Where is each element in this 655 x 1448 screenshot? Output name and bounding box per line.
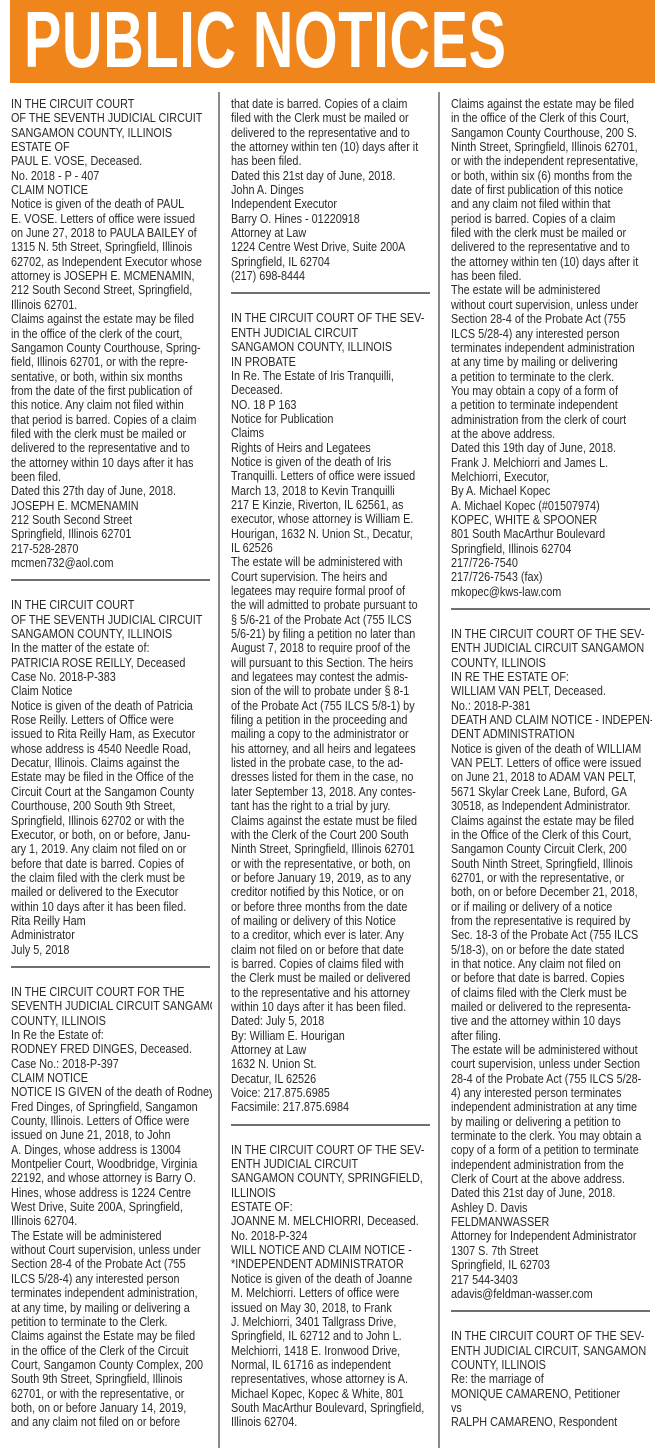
notice-text-line: Notice is given of the death of PAUL	[11, 197, 212, 211]
notice-text-line: the will admitted to probate pursuant to	[231, 598, 431, 612]
notice-text-line: this notice. Any claim not filed within	[11, 398, 212, 412]
notice-text-line: Dated this 19th day of June, 2018.	[451, 441, 652, 455]
notice-text-line: Rose Reilly. Letters of Office were	[11, 713, 212, 727]
notice-text-line: filed with the Clerk must be mailed or	[231, 111, 431, 125]
notice-text-line: M. Melchiorri. Letters of office were	[231, 1286, 431, 1300]
notice-text-line: 801 South MacArthur Boulevard	[451, 527, 652, 541]
notice-text-line: from the representative is required by	[451, 914, 652, 928]
notice-text-line: issued to Rita Reilly Ham, as Executor	[11, 727, 212, 741]
notice-text-line: the attorney within ten (10) days after …	[451, 255, 652, 269]
notice-separator	[231, 1124, 430, 1126]
notice-heading-line: IN THE CIRCUIT COURT FOR THE	[11, 985, 212, 999]
notice-text-line: been filed.	[11, 470, 212, 484]
notice-text-line: Hines, whose address is 1224 Centre	[11, 1186, 212, 1200]
notice-text-line: creditor notified by this Notice, or on	[231, 885, 431, 899]
legal-notice: IN THE CIRCUIT COURTOF THE SEVENTH JUDIC…	[11, 97, 212, 570]
notice-text-line: Springfield, Illinois 62701	[11, 527, 212, 541]
notice-text-line: ENTH JUDICIAL CIRCUIT, SANGAMON	[451, 1344, 652, 1358]
notice-text-line: tive and the attorney within 10 days	[451, 1014, 652, 1028]
notice-text-line: Normal, IL 61716 as independent	[231, 1358, 431, 1372]
notice-text-line: 5/6-21) by filing a petition no later th…	[231, 627, 431, 641]
notice-text-line: the attorney within ten (10) days after …	[231, 140, 431, 154]
notice-text-line: Notice is given of the death of Patricia	[11, 699, 212, 713]
notice-text-line: Barry O. Hines - 01220918	[231, 212, 431, 226]
notice-text-line: 217/726-7540	[451, 556, 652, 570]
notice-text-line: A. Michael Kopec (#01507974)	[451, 499, 652, 513]
notice-text-line: 4) any interested person terminates	[451, 1086, 652, 1100]
notice-text-line: has been filed.	[231, 154, 431, 168]
notice-text-line: sion of the will to probate under § 8-1	[231, 684, 431, 698]
notice-text-line: delivered to the representative and to	[11, 441, 212, 455]
legal-notice: IN THE CIRCUIT COURTOF THE SEVENTH JUDIC…	[11, 598, 212, 957]
notice-text-line: MONIQUE CAMARENO, Petitioner	[451, 1387, 652, 1401]
notice-text-line: DENT ADMINISTRATION	[451, 727, 652, 741]
notice-text-line: In Re the Estate of:	[11, 1028, 212, 1042]
notice-text-line: tant has the right to a trial by jury.	[231, 799, 431, 813]
notice-text-line: independent administration at any time	[451, 1100, 652, 1114]
notice-text-line: In Re. The Estate of Iris Tranquilli,	[231, 369, 431, 383]
legal-notice: that date is barred. Copies of a claimfi…	[231, 97, 431, 283]
notice-text-line: March 13, 2018 to Kevin Tranquilli	[231, 484, 431, 498]
notice-text-line: SANGAMON COUNTY, SPRINGFIELD,	[231, 1171, 431, 1185]
notice-text-line: Dated this 27th day of June, 2018.	[11, 484, 212, 498]
notice-text-line: 62702, as Independent Executor whose	[11, 255, 212, 269]
notice-text-line: SANGAMON COUNTY, ILLINOIS	[11, 627, 212, 641]
notice-text-line: The estate will be administered	[451, 283, 652, 297]
legal-notice: IN THE CIRCUIT COURT OF THE SEV-ENTH JUD…	[231, 311, 431, 1114]
notice-heading-line: IN THE CIRCUIT COURT	[11, 598, 212, 612]
notice-text-line: with the Clerk of the Court 200 South	[231, 828, 431, 842]
notices-column-2: that date is barred. Copies of a claimfi…	[231, 97, 431, 1448]
notice-text-line: KOPEC, WHITE & SPOONER	[451, 513, 652, 527]
notice-text-line: COUNTY, ILLINOIS	[11, 1014, 212, 1028]
notice-text-line: Springfield, IL 62703	[451, 1258, 652, 1272]
notice-text-line: Claims	[231, 426, 431, 440]
notice-text-line: filed with the clerk must be mailed or	[11, 427, 212, 441]
notice-text-line: Springfield, Illinois 62702 or with the	[11, 814, 212, 828]
notice-text-line: legatees may require formal proof of	[231, 584, 431, 598]
notice-text-line: whose address is 4540 Needle Road,	[11, 742, 212, 756]
notice-text-line: SEVENTH JUDICIAL CIRCUIT SANGAMON	[11, 999, 212, 1013]
column-divider	[438, 92, 440, 1448]
notice-text-line: and legatees may contest the admis-	[231, 670, 431, 684]
notice-text-line: terminate to the clerk. You may obtain a	[451, 1129, 652, 1143]
notice-text-line: COUNTY, ILLINOIS	[451, 1358, 652, 1372]
notice-text-line: IN PROBATE	[231, 355, 431, 369]
notice-text-line: 212 South Second Street, Springfield,	[11, 283, 212, 297]
notice-text-line: court supervision, unless under Section	[451, 1057, 652, 1071]
section-title: PUBLIC NOTICES	[24, 0, 507, 86]
notice-text-line: to the representative and his attorney	[231, 986, 431, 1000]
notice-text-line: after filing.	[451, 1029, 652, 1043]
notice-text-line: administration from the clerk of court	[451, 413, 652, 427]
notice-text-line: Claims against the estate must be filed	[231, 814, 431, 828]
notice-text-line: Claims against the Estate may be filed	[11, 1329, 212, 1343]
notice-text-line: mailed or delivered to the representa-	[451, 1000, 652, 1014]
notice-text-line: South 9th Street, Springfield, Illinois	[11, 1372, 212, 1386]
notice-text-line: both, on or before January 14, 2019,	[11, 1401, 212, 1415]
notice-text-line: Ninth Street, Springfield, Illinois 6270…	[231, 842, 431, 856]
notice-text-line: 30518, as Independent Administrator.	[451, 799, 652, 813]
notice-text-line: ILCS 5/28-4) any interested person	[451, 327, 652, 341]
notice-text-line: by mailing or delivering a petition to	[451, 1115, 652, 1129]
notice-text-line: 28-4 of the Probate Act (755 ILCS 5/28-	[451, 1072, 652, 1086]
notice-text-line: listed in the probate case, to the ad-	[231, 756, 431, 770]
notice-text-line: independent administration from the	[451, 1158, 652, 1172]
notice-text-line: No.: 2018-P-381	[451, 699, 652, 713]
notice-text-line: Dated: July 5, 2018	[231, 1014, 431, 1028]
notice-text-line: Independent Executor	[231, 197, 431, 211]
notice-text-line: Ashley D. Davis	[451, 1201, 652, 1215]
notice-text-line: RALPH CAMARENO, Respondent	[451, 1415, 652, 1429]
notice-text-line: on June 27, 2018 to PAULA BAILEY of	[11, 226, 212, 240]
notice-text-line: before that date is barred. Copies of	[11, 857, 212, 871]
notice-text-line: Case No. 2018-P-383	[11, 670, 212, 684]
notice-text-line: CLAIM NOTICE	[11, 183, 212, 197]
notice-text-line: both, on or before December 21, 2018,	[451, 885, 652, 899]
notice-text-line: Illinois 62701.	[11, 298, 212, 312]
notice-text-line: The estate will be administered with	[231, 555, 431, 569]
notice-text-line: ILLINOIS	[231, 1186, 431, 1200]
notice-text-line: Estate may be filed in the Office of the	[11, 770, 212, 784]
notice-text-line: has been filed.	[451, 269, 652, 283]
notice-text-line: ENTH JUDICIAL CIRCUIT	[231, 1157, 431, 1171]
notice-text-line: his attorney, and all heirs and legatees	[231, 742, 431, 756]
notice-text-line: Deceased.	[231, 383, 431, 397]
notice-text-line: mkopec@kws-law.com	[451, 585, 652, 599]
notice-text-line: OF THE SEVENTH JUDICIAL CIRCUIT	[11, 613, 212, 627]
notice-text-line: the attorney within 10 days after it has	[11, 456, 212, 470]
notice-text-line: Rights of Heirs and Legatees	[231, 441, 431, 455]
column-divider	[218, 92, 220, 1448]
notice-text-line: later September 13, 2018. Any contes-	[231, 785, 431, 799]
notice-text-line: The estate will be administered without	[451, 1043, 652, 1057]
notice-separator	[11, 966, 210, 968]
notice-text-line: No. 2018-P-324	[231, 1229, 431, 1243]
notice-text-line: petition to terminate to the Clerk.	[11, 1315, 212, 1329]
notice-text-line: Illinois 62704.	[231, 1415, 431, 1429]
notice-text-line: ary 1, 2019. Any claim not filed on or	[11, 842, 212, 856]
notice-text-line: 1632 N. Union St.	[231, 1057, 431, 1071]
notice-text-line: date of first publication of this notice	[451, 183, 652, 197]
notices-column-1: IN THE CIRCUIT COURTOF THE SEVENTH JUDIC…	[11, 97, 212, 1448]
notice-text-line: within 10 days after it has been filed.	[11, 900, 212, 914]
notice-text-line: 1307 S. 7th Street	[451, 1244, 652, 1258]
legal-notice: IN THE CIRCUIT COURT FOR THESEVENTH JUDI…	[11, 985, 212, 1430]
notice-text-line: 1224 Centre West Drive, Suite 200A	[231, 240, 431, 254]
notice-text-line: Section 28-4 of the Probate Act (755	[11, 1257, 212, 1271]
notice-text-line: in the office of the Clerk of the Circui…	[11, 1344, 212, 1358]
notice-text-line: of claims filed with the Clerk must be	[451, 986, 652, 1000]
notice-text-line: 5/18-3), on or before the date stated	[451, 943, 652, 957]
notice-text-line: of the Probate Act (755 ILCS 5/8-1) by	[231, 699, 431, 713]
notice-text-line: the Clerk must be mailed or delivered	[231, 971, 431, 985]
notice-text-line: NO. 18 P 163	[231, 398, 431, 412]
notice-text-line: period is barred. Copies of a claim	[451, 212, 652, 226]
notice-text-line: Attorney at Law	[231, 1043, 431, 1057]
notice-text-line: or both, within six (6) months from the	[451, 169, 652, 183]
notice-text-line: at any time by mailing or delivering	[451, 355, 652, 369]
notice-separator	[231, 292, 430, 294]
notice-text-line: delivered to the representative and to	[231, 126, 431, 140]
notice-text-line: in the Office of the Clerk of this Court…	[451, 828, 652, 842]
notice-text-line: § 5/6-21 of the Probate Act (755 ILCS	[231, 613, 431, 627]
notice-text-line: By: William E. Hourigan	[231, 1029, 431, 1043]
notice-heading-line: IN THE CIRCUIT COURT OF THE SEV-	[231, 1143, 431, 1157]
notice-text-line: Claim Notice	[11, 684, 212, 698]
notice-text-line: E. VOSE. Letters of office were issued	[11, 212, 212, 226]
notice-text-line: in the office of the clerk of the court,	[11, 327, 212, 341]
notice-text-line: Attorney for Independent Administrator	[451, 1229, 652, 1243]
notice-text-line: on June 21, 2018 to ADAM VAN PELT,	[451, 770, 652, 784]
notice-text-line: Attorney at Law	[231, 226, 431, 240]
notice-text-line: 62701, or with the representative, or	[11, 1387, 212, 1401]
notice-text-line: Springfield, Illinois 62704	[451, 542, 652, 556]
notice-text-line: Circuit Court at the Sangamon County	[11, 785, 212, 799]
notice-text-line: Hourigan, 1632 N. Union St., Decatur,	[231, 527, 431, 541]
notice-text-line: NOTICE IS GIVEN of the death of Rodney	[11, 1085, 212, 1099]
notice-text-line: copy of a form of a petition to terminat…	[451, 1143, 652, 1157]
notice-text-line: A. Dinges, whose address is 13004	[11, 1143, 212, 1157]
notice-heading-line: IN THE CIRCUIT COURT OF THE SEV-	[231, 311, 431, 325]
notice-separator	[451, 608, 650, 610]
notice-text-line: *INDEPENDENT ADMINISTRATOR	[231, 1257, 431, 1271]
notice-text-line: filed with the clerk must be mailed or	[451, 226, 652, 240]
section-header-banner: PUBLIC NOTICES	[10, 0, 655, 83]
notice-text-line: Fred Dinges, of Springfield, Sangamon	[11, 1100, 212, 1114]
notice-heading-line: Claims against the estate may be filed	[451, 97, 652, 111]
notice-text-line: You may obtain a copy of a form of	[451, 384, 652, 398]
notice-text-line: SANGAMON COUNTY, ILLINOIS	[231, 340, 431, 354]
notice-text-line: JOANNE M. MELCHIORRI, Deceased.	[231, 1214, 431, 1228]
notice-text-line: claim not filed on or before that date	[231, 943, 431, 957]
notice-text-line: Clerk of Court at the above address.	[451, 1172, 652, 1186]
notice-text-line: ENTH JUDICIAL CIRCUIT	[231, 326, 431, 340]
notice-text-line: to a creditor, which ever is later. Any	[231, 928, 431, 942]
notice-text-line: ESTATE OF:	[231, 1200, 431, 1214]
notice-text-line: within 10 days after it has been filed.	[231, 1000, 431, 1014]
notice-text-line: PATRICIA ROSE REILLY, Deceased	[11, 656, 212, 670]
notice-text-line: the claim filed with the clerk must be	[11, 871, 212, 885]
notice-text-line: 1315 N. 5th Street, Springfield, Illinoi…	[11, 240, 212, 254]
notice-text-line: John A. Dinges	[231, 183, 431, 197]
notice-text-line: Tranquilli. Letters of office were issue…	[231, 469, 431, 483]
notice-text-line: field, Illinois 62701, or with the repre…	[11, 355, 212, 369]
notice-text-line: in the office of the Clerk of this Court…	[451, 111, 652, 125]
notice-text-line: Decatur, Illinois. Claims against the	[11, 756, 212, 770]
notice-text-line: The Estate will be administered	[11, 1229, 212, 1243]
notice-text-line: SANGAMON COUNTY, ILLINOIS	[11, 126, 212, 140]
notice-text-line: Rita Reilly Ham	[11, 914, 212, 928]
notice-text-line: attorney is JOSEPH E. MCMENAMIN,	[11, 269, 212, 283]
notice-text-line: Melchiorri, Executor,	[451, 470, 652, 484]
notice-text-line: in that notice. Any claim not filed on	[451, 957, 652, 971]
notice-text-line: IN RE THE ESTATE OF:	[451, 670, 652, 684]
notice-text-line: South MacArthur Boulevard, Springfield,	[231, 1401, 431, 1415]
notice-text-line: 62701, or with the representative, or	[451, 871, 652, 885]
notice-text-line: Case No.: 2018-P-397	[11, 1057, 212, 1071]
notice-text-line: adavis@feldman-wasser.com	[451, 1287, 652, 1301]
notice-text-line: Frank J. Melchiorri and James L.	[451, 456, 652, 470]
notice-text-line: delivered to the representative and to	[451, 240, 652, 254]
notice-text-line: 212 South Second Street	[11, 513, 212, 527]
notice-text-line: Springfield, IL 62712 and to John L.	[231, 1329, 431, 1343]
notice-text-line: Courthouse, 200 South 9th Street,	[11, 799, 212, 813]
notice-text-line: and any claim not filed within that	[451, 197, 652, 211]
notice-text-line: Montpelier Court, Woodbridge, Virginia	[11, 1157, 212, 1171]
notice-text-line: 5671 Skylar Creek Lane, Buford, GA	[451, 785, 652, 799]
notice-text-line: Executor, or both, on or before, Janu-	[11, 828, 212, 842]
notice-text-line: filing a petition in the proceeding and	[231, 713, 431, 727]
notice-text-line: issued on June 21, 2018, to John	[11, 1128, 212, 1142]
notice-separator	[451, 1310, 650, 1312]
notice-heading-line: that date is barred. Copies of a claim	[231, 97, 431, 111]
notice-heading-line: IN THE CIRCUIT COURT	[11, 97, 212, 111]
notice-text-line: or with the representative, or both, on	[231, 857, 431, 871]
notice-text-line: Springfield, IL 62704	[231, 255, 431, 269]
notice-text-line: Sangamon County Circuit Clerk, 200	[451, 842, 652, 856]
notice-text-line: a petition to terminate to the clerk.	[451, 370, 652, 384]
notice-text-line: 217 544-3403	[451, 1273, 652, 1287]
notice-text-line: Melchiorri, 1418 E. Ironwood Drive,	[231, 1344, 431, 1358]
notice-text-line: Section 28-4 of the Probate Act (755	[451, 312, 652, 326]
notice-text-line: South Ninth Street, Springfield, Illinoi…	[451, 857, 652, 871]
notice-text-line: terminates independent administration,	[11, 1286, 212, 1300]
notice-text-line: Court supervision. The heirs and	[231, 570, 431, 584]
notice-text-line: Sec. 18-3 of the Probate Act (755 ILCS	[451, 928, 652, 942]
notice-separator	[11, 579, 210, 581]
notice-text-line: or before January 19, 2019, as to any	[231, 871, 431, 885]
notice-text-line: IL 62526	[231, 541, 431, 555]
notice-text-line: 217 E Kinzie, Riverton, IL 62561, as	[231, 498, 431, 512]
notice-text-line: OF THE SEVENTH JUDICIAL CIRCUIT	[11, 111, 212, 125]
notice-text-line: and any claim not filed on or before	[11, 1415, 212, 1429]
notice-text-line: RODNEY FRED DINGES, Deceased.	[11, 1042, 212, 1056]
notice-text-line: Notice for Publication	[231, 412, 431, 426]
notice-text-line: J. Melchiorri, 3401 Tallgrass Drive,	[231, 1315, 431, 1329]
notice-text-line: 22192, and whose attorney is Barry O.	[11, 1171, 212, 1185]
notice-text-line: Dated this 21st day of June, 2018.	[231, 169, 431, 183]
notice-text-line: No. 2018 - P - 407	[11, 169, 212, 183]
notice-text-line: COUNTY, ILLINOIS	[451, 656, 652, 670]
notice-text-line: a petition to terminate independent	[451, 398, 652, 412]
notice-text-line: vs	[451, 1401, 652, 1415]
notice-text-line: or if mailing or delivery of a notice	[451, 900, 652, 914]
notice-text-line: issued on May 30, 2018, to Frank	[231, 1301, 431, 1315]
notice-text-line: mcmen732@aol.com	[11, 556, 212, 570]
notice-heading-line: IN THE CIRCUIT COURT OF THE SEV-	[451, 627, 652, 641]
notice-text-line: FELDMANWASSER	[451, 1215, 652, 1229]
notice-heading-line: IN THE CIRCUIT COURT OF THE SEV-	[451, 1329, 652, 1343]
notice-text-line: Facsimile: 217.875.6984	[231, 1100, 431, 1114]
notice-text-line: without court supervision, unless under	[451, 298, 652, 312]
notice-text-line: Court, Sangamon County Complex, 200	[11, 1358, 212, 1372]
notice-text-line: Sangamon County Courthouse, Spring-	[11, 341, 212, 355]
notice-text-line: Claims against the estate may be filed	[451, 814, 652, 828]
notice-text-line: mailed or delivered to the Executor	[11, 885, 212, 899]
notice-text-line: is barred. Copies of claims filed with	[231, 957, 431, 971]
legal-notice: IN THE CIRCUIT COURT OF THE SEV-ENTH JUD…	[231, 1143, 431, 1430]
notice-text-line: By A. Michael Kopec	[451, 484, 652, 498]
notice-text-line: Notice is given of the death of Joanne	[231, 1272, 431, 1286]
notice-text-line: VAN PELT. Letters of office were issued	[451, 756, 652, 770]
notice-text-line: (217) 698-8444	[231, 269, 431, 283]
notice-text-line: In the matter of the estate of:	[11, 641, 212, 655]
notice-text-line: at the above address.	[451, 427, 652, 441]
notice-text-line: or with the independent representative,	[451, 154, 652, 168]
notice-text-line: Claims against the estate may be filed	[11, 312, 212, 326]
legal-notice: IN THE CIRCUIT COURT OF THE SEV-ENTH JUD…	[451, 1329, 652, 1429]
notice-text-line: Sangamon County Courthouse, 200 S.	[451, 126, 652, 140]
notice-text-line: or before three months from the date	[231, 900, 431, 914]
notice-text-line: WILL NOTICE AND CLAIM NOTICE -	[231, 1243, 431, 1257]
notice-text-line: CLAIM NOTICE	[11, 1071, 212, 1085]
notice-text-line: ENTH JUDICIAL CIRCUIT SANGAMON	[451, 641, 652, 655]
notice-text-line: 217/726-7543 (fax)	[451, 570, 652, 584]
notice-text-line: DEATH AND CLAIM NOTICE - INDEPEN-	[451, 713, 652, 727]
notice-text-line: representatives, whose attorney is A.	[231, 1372, 431, 1386]
notice-text-line: West Drive, Suite 200A, Springfield,	[11, 1200, 212, 1214]
notice-text-line: JOSEPH E. MCMENAMIN	[11, 499, 212, 513]
notice-text-line: sentative, or both, within six months	[11, 370, 212, 384]
legal-notice: IN THE CIRCUIT COURT OF THE SEV-ENTH JUD…	[451, 627, 652, 1301]
notice-text-line: Decatur, IL 62526	[231, 1072, 431, 1086]
notice-text-line: Ninth Street, Springfield, Illinois 6270…	[451, 140, 652, 154]
notice-text-line: Administrator	[11, 928, 212, 942]
notice-text-line: that period is barred. Copies of a claim	[11, 413, 212, 427]
notices-column-3: Claims against the estate may be filedin…	[451, 97, 652, 1448]
notice-text-line: Voice: 217.875.6985	[231, 1086, 431, 1100]
notice-text-line: County, Illinois. Letters of Office were	[11, 1114, 212, 1128]
notice-text-line: WILLIAM VAN PELT, Deceased.	[451, 684, 652, 698]
notice-text-line: 217-528-2870	[11, 542, 212, 556]
notice-text-line: at any time, by mailing or delivering a	[11, 1301, 212, 1315]
notice-text-line: August 7, 2018 to require proof of the	[231, 641, 431, 655]
notice-text-line: executor, whose attorney is William E.	[231, 512, 431, 526]
notice-text-line: mailing a copy to the administrator or	[231, 727, 431, 741]
notice-text-line: Dated this 21st day of June, 2018.	[451, 1186, 652, 1200]
notice-text-line: Re: the marriage of	[451, 1372, 652, 1386]
notice-text-line: Notice is given of the death of WILLIAM	[451, 742, 652, 756]
notice-text-line: dresses listed for them in the case, no	[231, 770, 431, 784]
legal-notice: Claims against the estate may be filedin…	[451, 97, 652, 599]
notice-text-line: Illinois 62704.	[11, 1214, 212, 1228]
notice-text-line: PAUL E. VOSE, Deceased.	[11, 154, 212, 168]
notice-text-line: from the date of the first publication o…	[11, 384, 212, 398]
notice-text-line: ILCS 5/28-4) any interested person	[11, 1272, 212, 1286]
notice-text-line: or before that date is barred. Copies	[451, 971, 652, 985]
notice-text-line: terminates independent administration	[451, 341, 652, 355]
notice-text-line: Michael Kopec, Kopec & White, 801	[231, 1387, 431, 1401]
notice-text-line: without Court supervision, unless under	[11, 1243, 212, 1257]
notice-text-line: Notice is given of the death of Iris	[231, 455, 431, 469]
notice-text-line: ESTATE OF	[11, 140, 212, 154]
notice-text-line: will pursuant to this Section. The heirs	[231, 656, 431, 670]
notice-text-line: July 5, 2018	[11, 943, 212, 957]
notice-text-line: of mailing or delivery of this Notice	[231, 914, 431, 928]
